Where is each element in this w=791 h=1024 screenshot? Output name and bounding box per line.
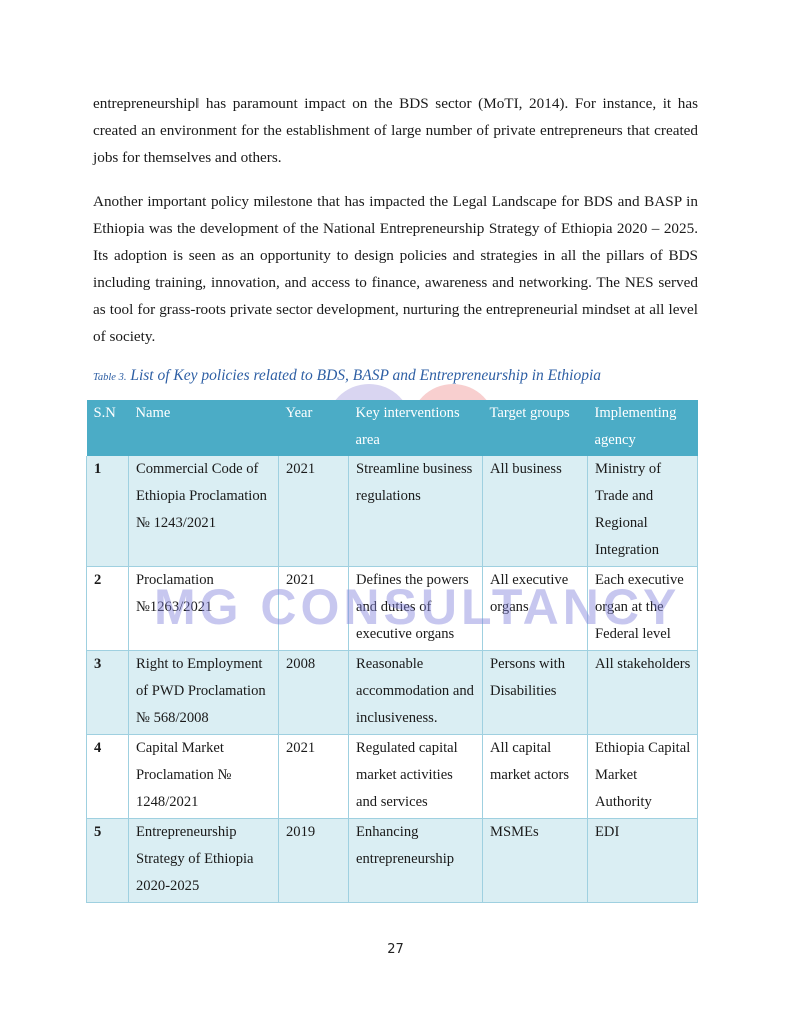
cell-sn: 3 (87, 651, 129, 735)
cell-year: 2021 (279, 456, 349, 567)
cell-agency: Ministry of Trade and Regional Integrati… (588, 456, 698, 567)
policies-table: S.N Name Year Key interventions area Tar… (86, 400, 698, 903)
cell-area: Reasonable accommodation and inclusivene… (349, 651, 483, 735)
cell-agency: Ethiopia Capital Market Authority (588, 735, 698, 819)
cell-area: Defines the powers and duties of executi… (349, 567, 483, 651)
cell-agency: Each executive organ at the Federal leve… (588, 567, 698, 651)
header-year: Year (279, 400, 349, 456)
table-row: 4 Capital Market Proclamation № 1248/202… (87, 735, 698, 819)
cell-target: MSMEs (483, 819, 588, 903)
cell-sn: 1 (87, 456, 129, 567)
header-name: Name (129, 400, 279, 456)
table-row: 1 Commercial Code of Ethiopia Proclamati… (87, 456, 698, 567)
table-row: 2 Proclamation №1263/2021 2021 Defines t… (87, 567, 698, 651)
table-caption: Table 3. List of Key policies related to… (93, 367, 601, 385)
table-header-row: S.N Name Year Key interventions area Tar… (87, 400, 698, 456)
cell-name: Entrepreneurship Strategy of Ethiopia 20… (129, 819, 279, 903)
cell-target: All executive organs (483, 567, 588, 651)
cell-year: 2008 (279, 651, 349, 735)
table-caption-label: Table 3. (93, 372, 126, 383)
cell-name: Right to Employment of PWD Proclamation … (129, 651, 279, 735)
cell-year: 2021 (279, 735, 349, 819)
cell-target: All capital market actors (483, 735, 588, 819)
header-key-interventions: Key interventions area (349, 400, 483, 456)
cell-agency: All stakeholders (588, 651, 698, 735)
cell-target: Persons with Disabilities (483, 651, 588, 735)
page-number: 27 (0, 942, 791, 957)
cell-target: All business (483, 456, 588, 567)
cell-year: 2019 (279, 819, 349, 903)
table-row: 5 Entrepreneurship Strategy of Ethiopia … (87, 819, 698, 903)
cell-name: Proclamation №1263/2021 (129, 567, 279, 651)
paragraph-entrepreneurship-impact: entrepreneurship‖ has paramount impact o… (93, 90, 698, 171)
cell-name: Capital Market Proclamation № 1248/2021 (129, 735, 279, 819)
table-row: 3 Right to Employment of PWD Proclamatio… (87, 651, 698, 735)
cell-area: Regulated capital market activities and … (349, 735, 483, 819)
cell-year: 2021 (279, 567, 349, 651)
cell-area: Enhancing entrepreneurship (349, 819, 483, 903)
table-caption-title: List of Key policies related to BDS, BAS… (130, 367, 601, 384)
cell-name: Commercial Code of Ethiopia Proclamation… (129, 456, 279, 567)
cell-sn: 5 (87, 819, 129, 903)
header-target-groups: Target groups (483, 400, 588, 456)
cell-sn: 2 (87, 567, 129, 651)
paragraph-nes-milestone: Another important policy milestone that … (93, 188, 698, 350)
cell-agency: EDI (588, 819, 698, 903)
cell-area: Streamline business regulations (349, 456, 483, 567)
cell-sn: 4 (87, 735, 129, 819)
header-implementing-agency: Implementing agency (588, 400, 698, 456)
header-sn: S.N (87, 400, 129, 456)
